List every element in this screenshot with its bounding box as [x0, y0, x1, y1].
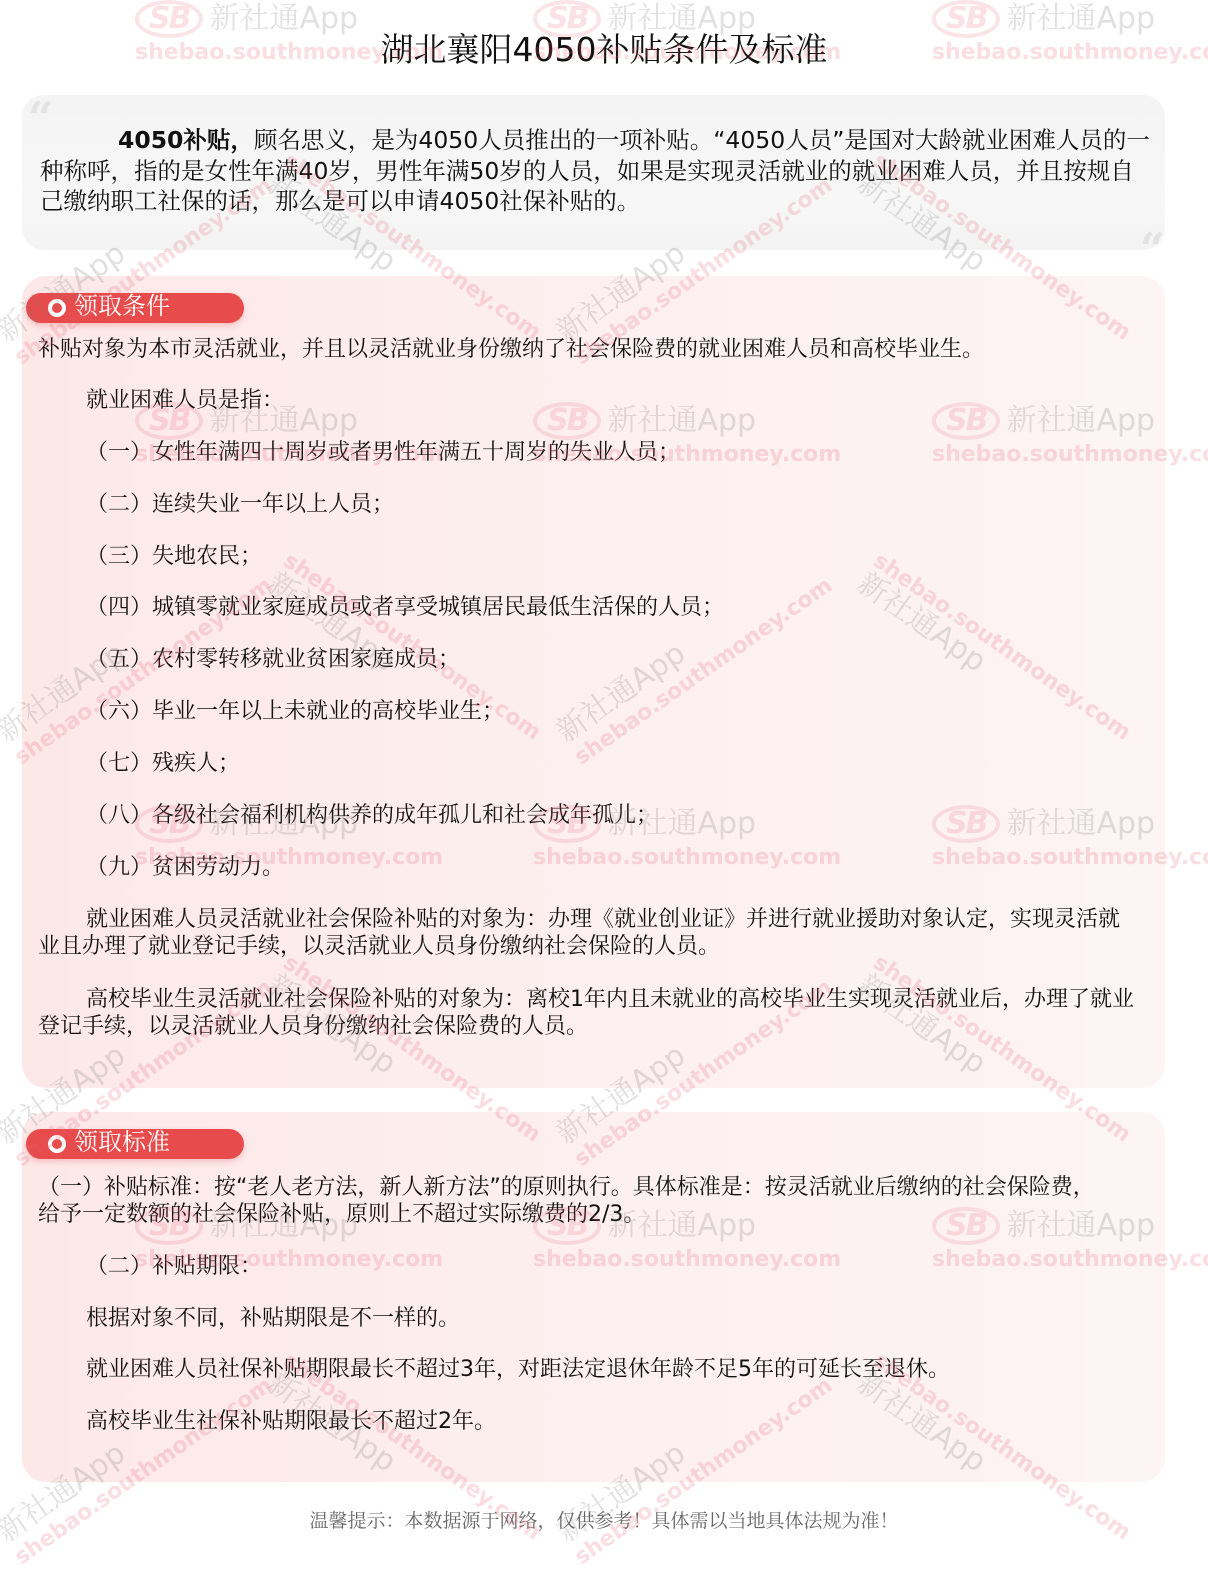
list-item: （一）女性年满四十周岁或者男性年满五十周岁的失业人员；	[86, 439, 680, 466]
list-item: （三）失地农民；	[86, 543, 262, 570]
paragraph: 就业困难人员灵活就业社会保险补贴的对象为：办理《就业创业证》并进行就业援助对象认…	[38, 906, 1133, 960]
list-item: （五）农村零转移就业贫困家庭成员；	[86, 646, 460, 673]
intro-bold-lead: 4050补贴，	[118, 126, 254, 154]
page-title: 湖北襄阳4050补贴条件及标准	[0, 24, 1208, 71]
section-heading: 领取标准	[74, 1127, 170, 1157]
list-item: （六）毕业一年以上未就业的高校毕业生；	[86, 698, 504, 725]
list-item: （四）城镇零就业家庭成员或者享受城镇居民最低生活保的人员；	[86, 594, 724, 621]
paragraph: 补贴对象为本市灵活就业，并且以灵活就业身份缴纳了社会保险费的就业困难人员和高校毕…	[38, 336, 1138, 363]
paragraph: 高校毕业生灵活就业社会保险补贴的对象为：离校1年内且未就业的高校毕业生实现灵活就…	[38, 986, 1138, 1040]
paragraph: （一）补贴标准：按“老人老方法，新人新方法”的原则执行。具体标准是：按灵活就业后…	[38, 1174, 1113, 1228]
paragraph: 就业困难人员社保补贴期限最长不超过3年，对距法定退休年龄不足5年的可延长至退休。	[86, 1356, 950, 1383]
paragraph: （二）补贴期限：	[86, 1253, 262, 1280]
circle-icon	[48, 299, 66, 317]
paragraph: 根据对象不同，补贴期限是不一样的。	[86, 1305, 460, 1332]
intro-card: “ 4050补贴，顾名思义，是为4050人员推出的一项补贴。“4050人员”是国…	[22, 95, 1165, 250]
list-item: （七）残疾人；	[86, 750, 240, 777]
circle-icon	[48, 1135, 66, 1153]
section-standards: 领取标准 （一）补贴标准：按“老人老方法，新人新方法”的原则执行。具体标准是：按…	[22, 1112, 1165, 1482]
close-quote-icon: “	[1140, 228, 1165, 272]
list-item: （九）贫困劳动力。	[86, 854, 284, 881]
footer-disclaimer: 温馨提示：本数据源于网络，仅供参考！具体需以当地具体法规为准！	[0, 1506, 1208, 1533]
paragraph: 就业困难人员是指：	[86, 387, 284, 414]
section-heading: 领取条件	[74, 291, 170, 321]
section-heading-pill: 领取条件	[26, 293, 244, 323]
intro-text: 4050补贴，顾名思义，是为4050人员推出的一项补贴。“4050人员”是国对大…	[40, 125, 1150, 217]
section-heading-pill: 领取标准	[26, 1129, 244, 1159]
paragraph: 高校毕业生社保补贴期限最长不超过2年。	[86, 1408, 496, 1435]
list-item: （二）连续失业一年以上人员；	[86, 491, 394, 518]
section-conditions: 领取条件 补贴对象为本市灵活就业，并且以灵活就业身份缴纳了社会保险费的就业困难人…	[22, 276, 1165, 1088]
list-item: （八）各级社会福利机构供养的成年孤儿和社会成年孤儿；	[86, 802, 658, 829]
